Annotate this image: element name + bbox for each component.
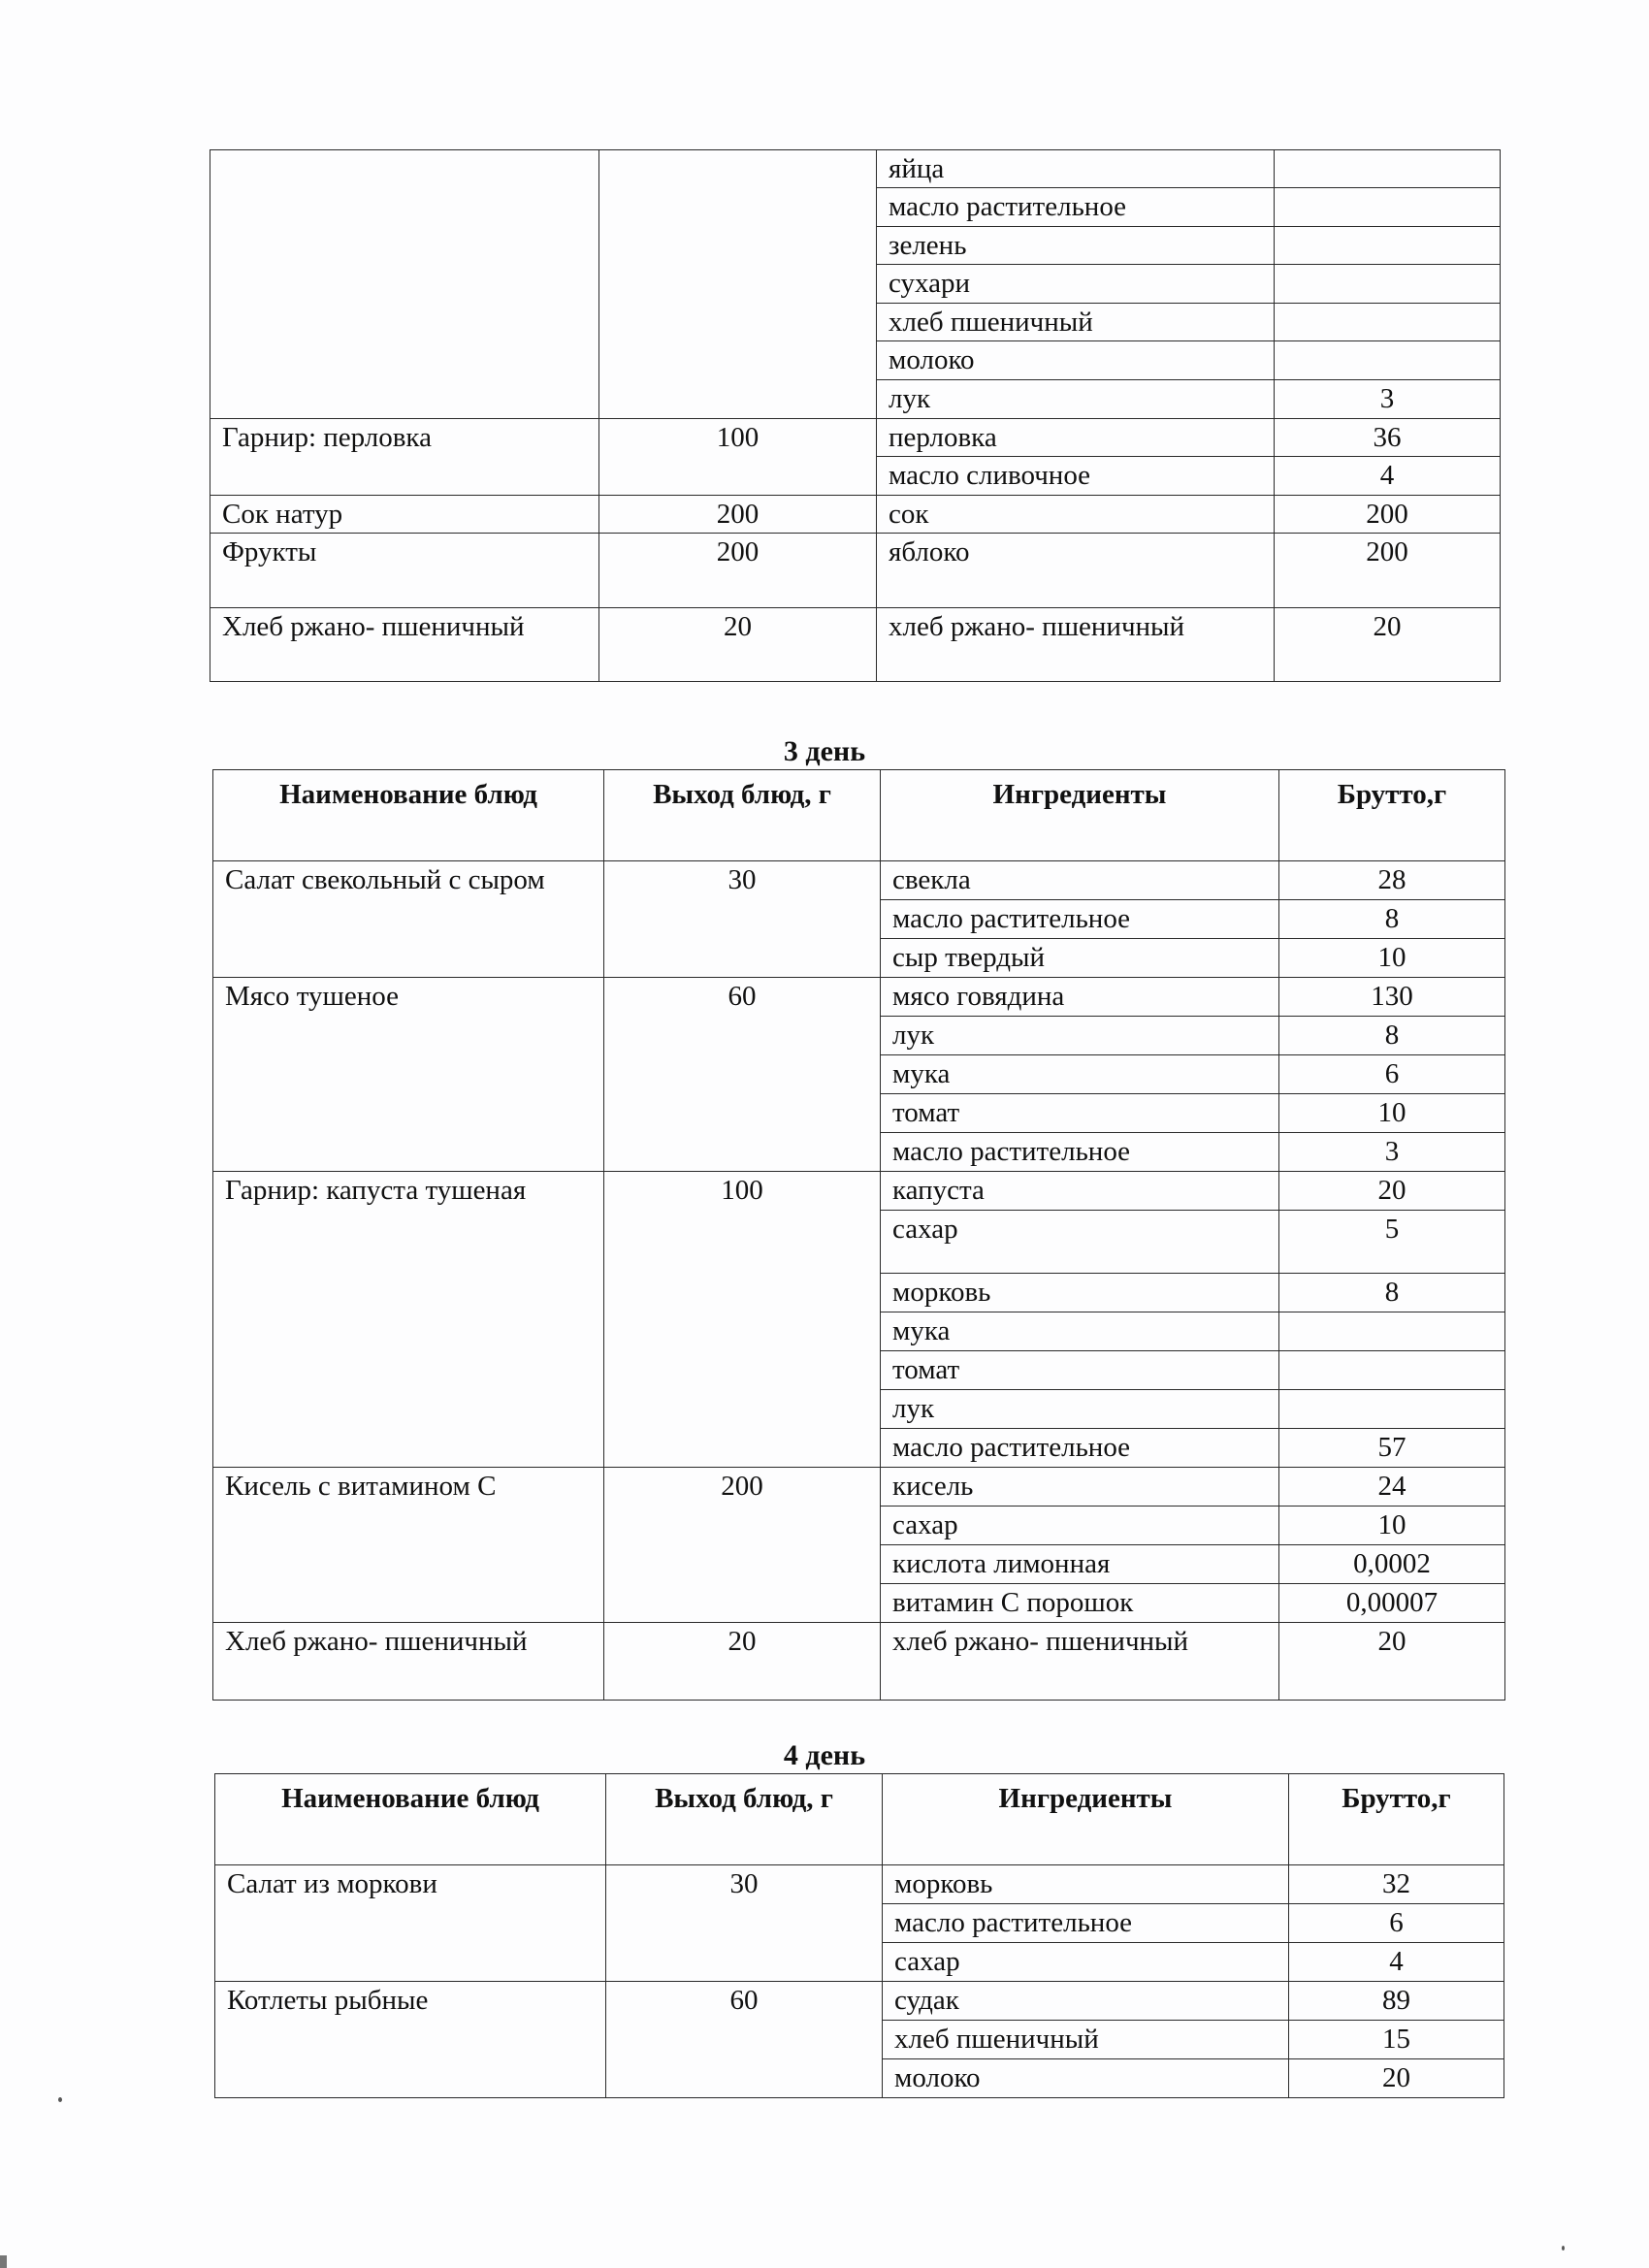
- table-header-row: Наименование блюд Выход блюд, г Ингредие…: [213, 770, 1505, 861]
- ingredient-cell: сок: [877, 496, 1275, 534]
- table-row: Салат свекольный с сыром30свекла28: [213, 861, 1505, 900]
- ingredient-cell: лук: [881, 1390, 1279, 1429]
- ingredient-cell: капуста: [881, 1172, 1279, 1211]
- ingredient-cell: сахар: [883, 1943, 1289, 1982]
- ingredient-cell: сахар: [881, 1211, 1279, 1274]
- ingredient-cell: мука: [881, 1055, 1279, 1094]
- ingredient-cell: яблоко: [877, 534, 1275, 608]
- dish-name-cell: [210, 150, 599, 419]
- dish-yield-cell: 30: [606, 1865, 883, 1982]
- column-header-brutto: Брутто,г: [1279, 770, 1505, 861]
- ingredient-cell: судак: [883, 1982, 1289, 2021]
- dish-yield-cell: 200: [599, 496, 877, 534]
- ingredient-cell: молоко: [883, 2059, 1289, 2098]
- day-3-table: Наименование блюд Выход блюд, г Ингредие…: [212, 769, 1505, 1701]
- brutto-cell: [1279, 1351, 1505, 1390]
- table-row: яйца: [210, 150, 1501, 188]
- dish-yield-cell: 100: [604, 1172, 881, 1468]
- brutto-cell: 20: [1279, 1172, 1505, 1211]
- brutto-cell: 10: [1279, 939, 1505, 978]
- scan-speck: [1562, 2246, 1565, 2251]
- dish-name-cell: Салат свекольный с сыром: [213, 861, 604, 978]
- brutto-cell: [1275, 188, 1501, 227]
- ingredient-cell: хлеб пшеничный: [877, 304, 1275, 341]
- ingredient-cell: масло растительное: [883, 1904, 1289, 1943]
- ingredient-cell: хлеб пшеничный: [883, 2021, 1289, 2059]
- brutto-cell: 0,00007: [1279, 1584, 1505, 1623]
- brutto-cell: 32: [1289, 1865, 1504, 1904]
- table-row: Кисель с витамином С200кисель24: [213, 1468, 1505, 1507]
- table-row: Мясо тушеное60мясо говядина130: [213, 978, 1505, 1017]
- dish-name-cell: Сок натур: [210, 496, 599, 534]
- ingredient-cell: морковь: [883, 1865, 1289, 1904]
- brutto-cell: 20: [1289, 2059, 1504, 2098]
- ingredient-cell: лук: [881, 1017, 1279, 1055]
- dish-yield-cell: [599, 150, 877, 419]
- ingredient-cell: масло растительное: [877, 188, 1275, 227]
- ingredient-cell: масло растительное: [881, 1133, 1279, 1172]
- brutto-cell: 8: [1279, 900, 1505, 939]
- dish-yield-cell: 200: [604, 1468, 881, 1623]
- day-3-title: 3 день: [0, 734, 1649, 769]
- dish-yield-cell: 30: [604, 861, 881, 978]
- brutto-cell: 200: [1275, 496, 1501, 534]
- dish-name-cell: Котлеты рыбные: [215, 1982, 606, 2098]
- brutto-cell: 6: [1279, 1055, 1505, 1094]
- brutto-cell: 6: [1289, 1904, 1504, 1943]
- column-header-brutto: Брутто,г: [1289, 1774, 1504, 1865]
- column-header-yield: Выход блюд, г: [604, 770, 881, 861]
- dish-yield-cell: 60: [606, 1982, 883, 2098]
- brutto-cell: [1275, 227, 1501, 265]
- ingredient-cell: перловка: [877, 419, 1275, 457]
- scanned-page: яйца масло растительное зелень сухари хл…: [0, 0, 1649, 2268]
- table-row: Гарнир: перловка 100 перловка 36: [210, 419, 1501, 457]
- brutto-cell: [1279, 1390, 1505, 1429]
- column-header-yield: Выход блюд, г: [606, 1774, 883, 1865]
- ingredient-cell: томат: [881, 1351, 1279, 1390]
- dish-name-cell: Кисель с витамином С: [213, 1468, 604, 1623]
- brutto-cell: 28: [1279, 861, 1505, 900]
- brutto-cell: 89: [1289, 1982, 1504, 2021]
- brutto-cell: 24: [1279, 1468, 1505, 1507]
- ingredient-cell: сахар: [881, 1507, 1279, 1545]
- brutto-cell: 0,0002: [1279, 1545, 1505, 1584]
- ingredient-cell: свекла: [881, 861, 1279, 900]
- dish-name-cell: Гарнир: капуста тушеная: [213, 1172, 604, 1468]
- dish-yield-cell: 200: [599, 534, 877, 608]
- ingredient-cell: сухари: [877, 265, 1275, 304]
- brutto-cell: 3: [1279, 1133, 1505, 1172]
- ingredient-cell: сыр твердый: [881, 939, 1279, 978]
- column-header-ingredients: Ингредиенты: [883, 1774, 1289, 1865]
- dish-yield-cell: 20: [599, 608, 877, 682]
- dish-name-cell: Гарнир: перловка: [210, 419, 599, 496]
- ingredient-cell: витамин С порошок: [881, 1584, 1279, 1623]
- dish-name-cell: Мясо тушеное: [213, 978, 604, 1172]
- brutto-cell: 8: [1279, 1274, 1505, 1312]
- column-header-dish: Наименование блюд: [215, 1774, 606, 1865]
- dish-yield-cell: 60: [604, 978, 881, 1172]
- table-row: Сок натур 200 сок 200: [210, 496, 1501, 534]
- ingredient-cell: масло растительное: [881, 900, 1279, 939]
- dish-name-cell: Хлеб ржано- пшеничный: [210, 608, 599, 682]
- table-row: Хлеб ржано- пшеничный20хлеб ржано- пшени…: [213, 1623, 1505, 1701]
- ingredient-cell: зелень: [877, 227, 1275, 265]
- day-4-table: Наименование блюд Выход блюд, г Ингредие…: [214, 1773, 1504, 2098]
- brutto-cell: 20: [1279, 1623, 1505, 1701]
- brutto-cell: 10: [1279, 1094, 1505, 1133]
- ingredient-cell: хлеб ржано- пшеничный: [877, 608, 1275, 682]
- brutto-cell: 3: [1275, 380, 1501, 419]
- ingredient-cell: томат: [881, 1094, 1279, 1133]
- ingredient-cell: кислота лимонная: [881, 1545, 1279, 1584]
- column-header-ingredients: Ингредиенты: [881, 770, 1279, 861]
- brutto-cell: 20: [1275, 608, 1501, 682]
- brutto-cell: 8: [1279, 1017, 1505, 1055]
- dish-yield-cell: 20: [604, 1623, 881, 1701]
- ingredient-cell: кисель: [881, 1468, 1279, 1507]
- brutto-cell: [1275, 265, 1501, 304]
- brutto-cell: [1275, 150, 1501, 188]
- continuation-table: яйца масло растительное зелень сухари хл…: [210, 149, 1501, 682]
- dish-name-cell: Салат из моркови: [215, 1865, 606, 1982]
- ingredient-cell: молоко: [877, 341, 1275, 380]
- ingredient-cell: хлеб ржано- пшеничный: [881, 1623, 1279, 1701]
- table-row: Фрукты 200 яблоко 200: [210, 534, 1501, 608]
- ingredient-cell: морковь: [881, 1274, 1279, 1312]
- day-4-title: 4 день: [0, 1738, 1649, 1773]
- dish-name-cell: Хлеб ржано- пшеничный: [213, 1623, 604, 1701]
- dish-name-cell: Фрукты: [210, 534, 599, 608]
- table-header-row: Наименование блюд Выход блюд, г Ингредие…: [215, 1774, 1504, 1865]
- ingredient-cell: масло растительное: [881, 1429, 1279, 1468]
- table-row: Котлеты рыбные60судак89: [215, 1982, 1504, 2021]
- dish-yield-cell: 100: [599, 419, 877, 496]
- brutto-cell: 4: [1289, 1943, 1504, 1982]
- table-row: Гарнир: капуста тушеная100капуста20: [213, 1172, 1505, 1211]
- scan-speck: [58, 2097, 62, 2102]
- brutto-cell: 4: [1275, 457, 1501, 496]
- column-header-dish: Наименование блюд: [213, 770, 604, 861]
- ingredient-cell: мясо говядина: [881, 978, 1279, 1017]
- scan-speck: [0, 2255, 7, 2268]
- brutto-cell: 15: [1289, 2021, 1504, 2059]
- brutto-cell: [1275, 304, 1501, 341]
- ingredient-cell: масло сливочное: [877, 457, 1275, 496]
- brutto-cell: [1275, 341, 1501, 380]
- brutto-cell: 10: [1279, 1507, 1505, 1545]
- table-row: Салат из моркови30морковь32: [215, 1865, 1504, 1904]
- brutto-cell: 57: [1279, 1429, 1505, 1468]
- brutto-cell: [1279, 1312, 1505, 1351]
- ingredient-cell: мука: [881, 1312, 1279, 1351]
- brutto-cell: 36: [1275, 419, 1501, 457]
- ingredient-cell: лук: [877, 380, 1275, 419]
- brutto-cell: 130: [1279, 978, 1505, 1017]
- ingredient-cell: яйца: [877, 150, 1275, 188]
- table-row: Хлеб ржано- пшеничный 20 хлеб ржано- пше…: [210, 608, 1501, 682]
- brutto-cell: 5: [1279, 1211, 1505, 1274]
- brutto-cell: 200: [1275, 534, 1501, 608]
